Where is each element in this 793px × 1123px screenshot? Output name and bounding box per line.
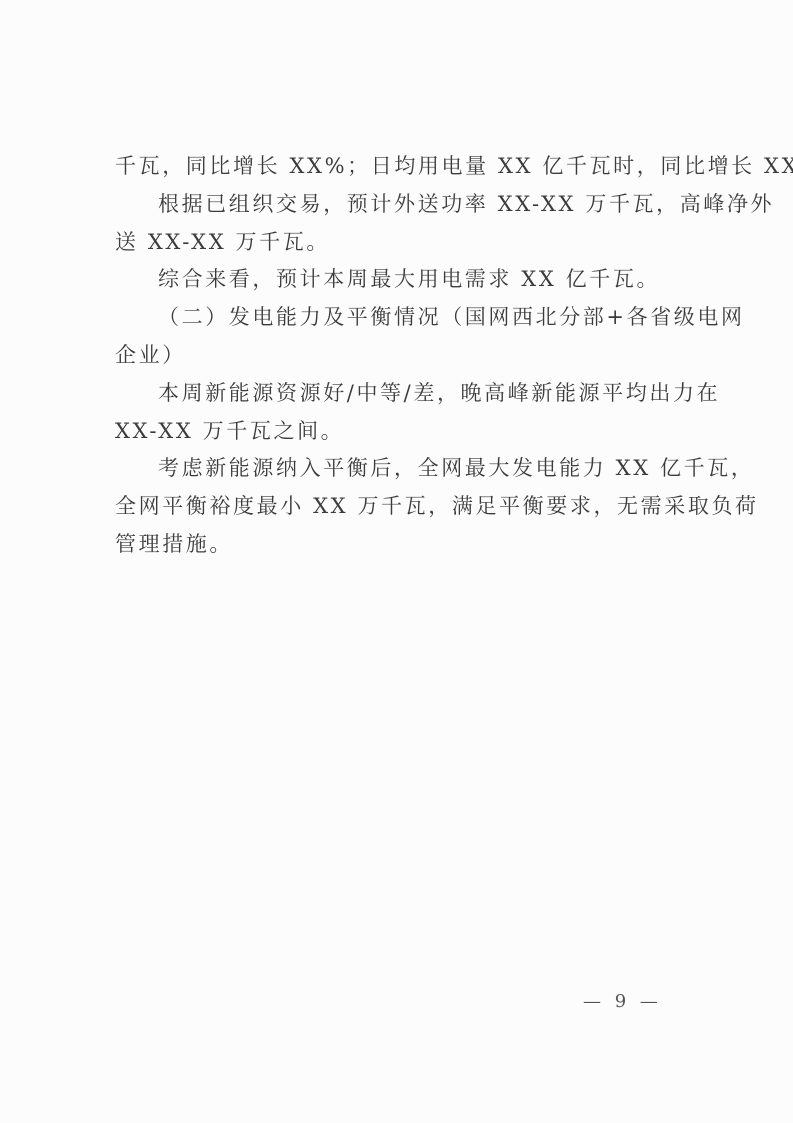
paragraph-line: 综合来看，预计本周最大用电需求 XX 亿千瓦。 — [115, 261, 671, 299]
document-page: 千瓦，同比增长 XX%；日均用电量 XX 亿千瓦时，同比增长 XX%。 根据已组… — [0, 0, 793, 1123]
body-text: 千瓦，同比增长 XX%；日均用电量 XX 亿千瓦时，同比增长 XX%。 根据已组… — [115, 148, 671, 564]
section-heading: （二）发电能力及平衡情况（国网西北分部+各省级电网 — [115, 299, 671, 337]
paragraph-line: 本周新能源资源好/中等/差，晚高峰新能源平均出力在 — [115, 375, 671, 413]
section-heading-continued: 企业） — [115, 337, 671, 375]
page-number: — 9 — — [583, 991, 662, 1012]
paragraph-line: XX-XX 万千瓦之间。 — [115, 413, 671, 451]
paragraph-line: 管理措施。 — [115, 526, 671, 564]
paragraph-line: 根据已组织交易，预计外送功率 XX-XX 万千瓦，高峰净外 — [115, 186, 671, 224]
paragraph-line: 考虑新能源纳入平衡后，全网最大发电能力 XX 亿千瓦， — [115, 450, 671, 488]
paragraph-line: 全网平衡裕度最小 XX 万千瓦，满足平衡要求，无需采取负荷 — [115, 488, 671, 526]
paragraph-line: 千瓦，同比增长 XX%；日均用电量 XX 亿千瓦时，同比增长 XX%。 — [115, 148, 671, 186]
paragraph-line: 送 XX-XX 万千瓦。 — [115, 224, 671, 262]
